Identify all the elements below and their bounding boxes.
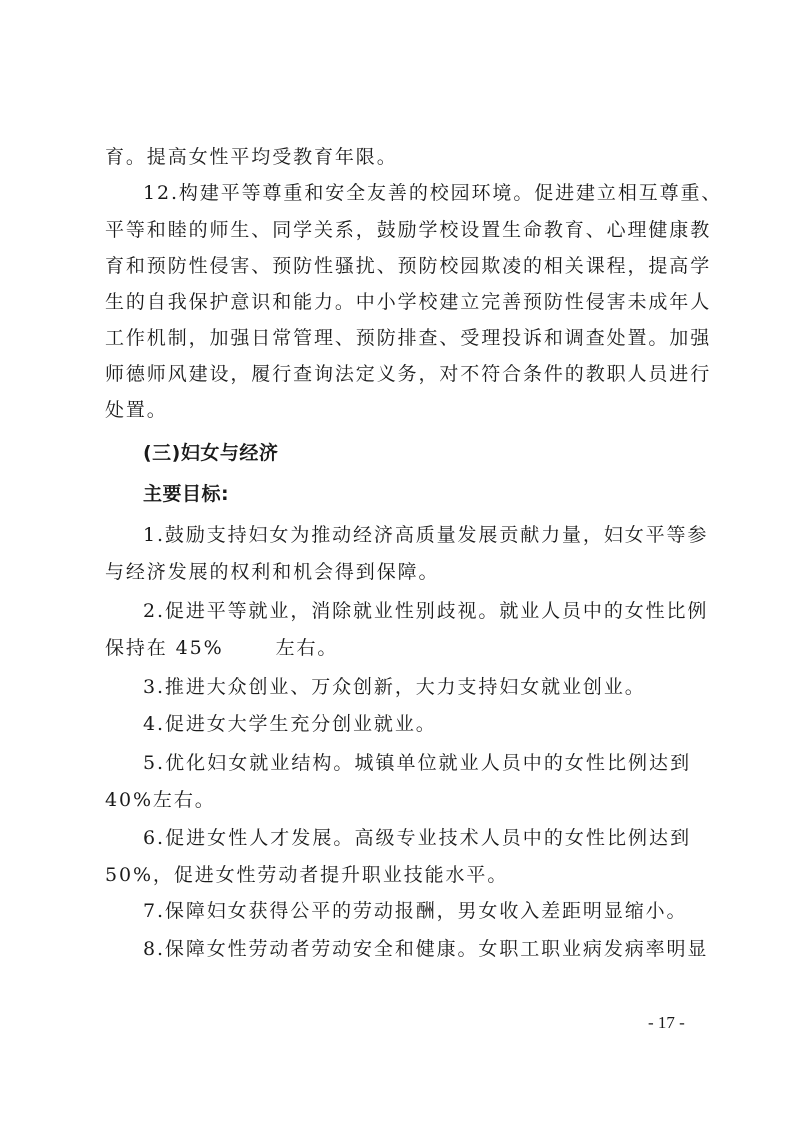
paragraph-line: 6.促进女性人才发展。高级专业技术人员中的女性比例达到 [143,826,691,850]
text-fragment: 左右。 [276,637,339,659]
paragraph-line: 3.推进大众创业、万众创新，大力支持妇女就业创业。 [143,675,691,699]
paragraph-line: 40%左右。 [105,788,691,812]
paragraph-line: 保持在 45%左右。 [105,636,691,660]
paragraph-line: 50%，促进女性劳动者提升职业技能水平。 [105,863,691,887]
subsection-heading: 主要目标: [143,482,691,506]
paragraph-line: 育和预防性侵害、预防性骚扰、预防校园欺凌的相关课程，提高学 [105,254,691,278]
text-fragment: 保持在 45% [105,637,224,659]
page-number: - 17 - [648,1013,685,1033]
paragraph-line: 12.构建平等尊重和安全友善的校园环境。促进建立相互尊重、 [143,181,691,205]
paragraph-line: 5.优化妇女就业结构。城镇单位就业人员中的女性比例达到 [143,751,691,775]
paragraph-line: 生的自我保护意识和能力。中小学校建立完善预防性侵害未成年人 [105,290,691,314]
paragraph-line: 7.保障妇女获得公平的劳动报酬，男女收入差距明显缩小。 [143,899,691,923]
paragraph-line: 2.促进平等就业，消除就业性别歧视。就业人员中的女性比例 [143,599,691,623]
paragraph-line: 育。提高女性平均受教育年限。 [105,145,691,169]
paragraph-line: 处置。 [105,398,691,422]
paragraph-line: 8.保障女性劳动者劳动安全和健康。女职工职业病发病率明显 [143,937,691,961]
paragraph-line: 师德师风建设，履行查询法定义务，对不符合条件的教职人员进行 [105,362,691,386]
document-page: 育。提高女性平均受教育年限。 12.构建平等尊重和安全友善的校园环境。促进建立相… [0,0,794,1122]
section-heading: (三)妇女与经济 [143,441,691,465]
paragraph-line: 4.促进女大学生充分创业就业。 [143,712,691,736]
paragraph-line: 工作机制，加强日常管理、预防排查、受理投诉和调查处置。加强 [105,326,691,350]
paragraph-line: 与经济发展的权利和机会得到保障。 [105,560,691,584]
paragraph-line: 1.鼓励支持妇女为推动经济高质量发展贡献力量，妇女平等参 [143,523,691,547]
paragraph-line: 平等和睦的师生、同学关系，鼓励学校设置生命教育、心理健康教 [105,218,691,242]
